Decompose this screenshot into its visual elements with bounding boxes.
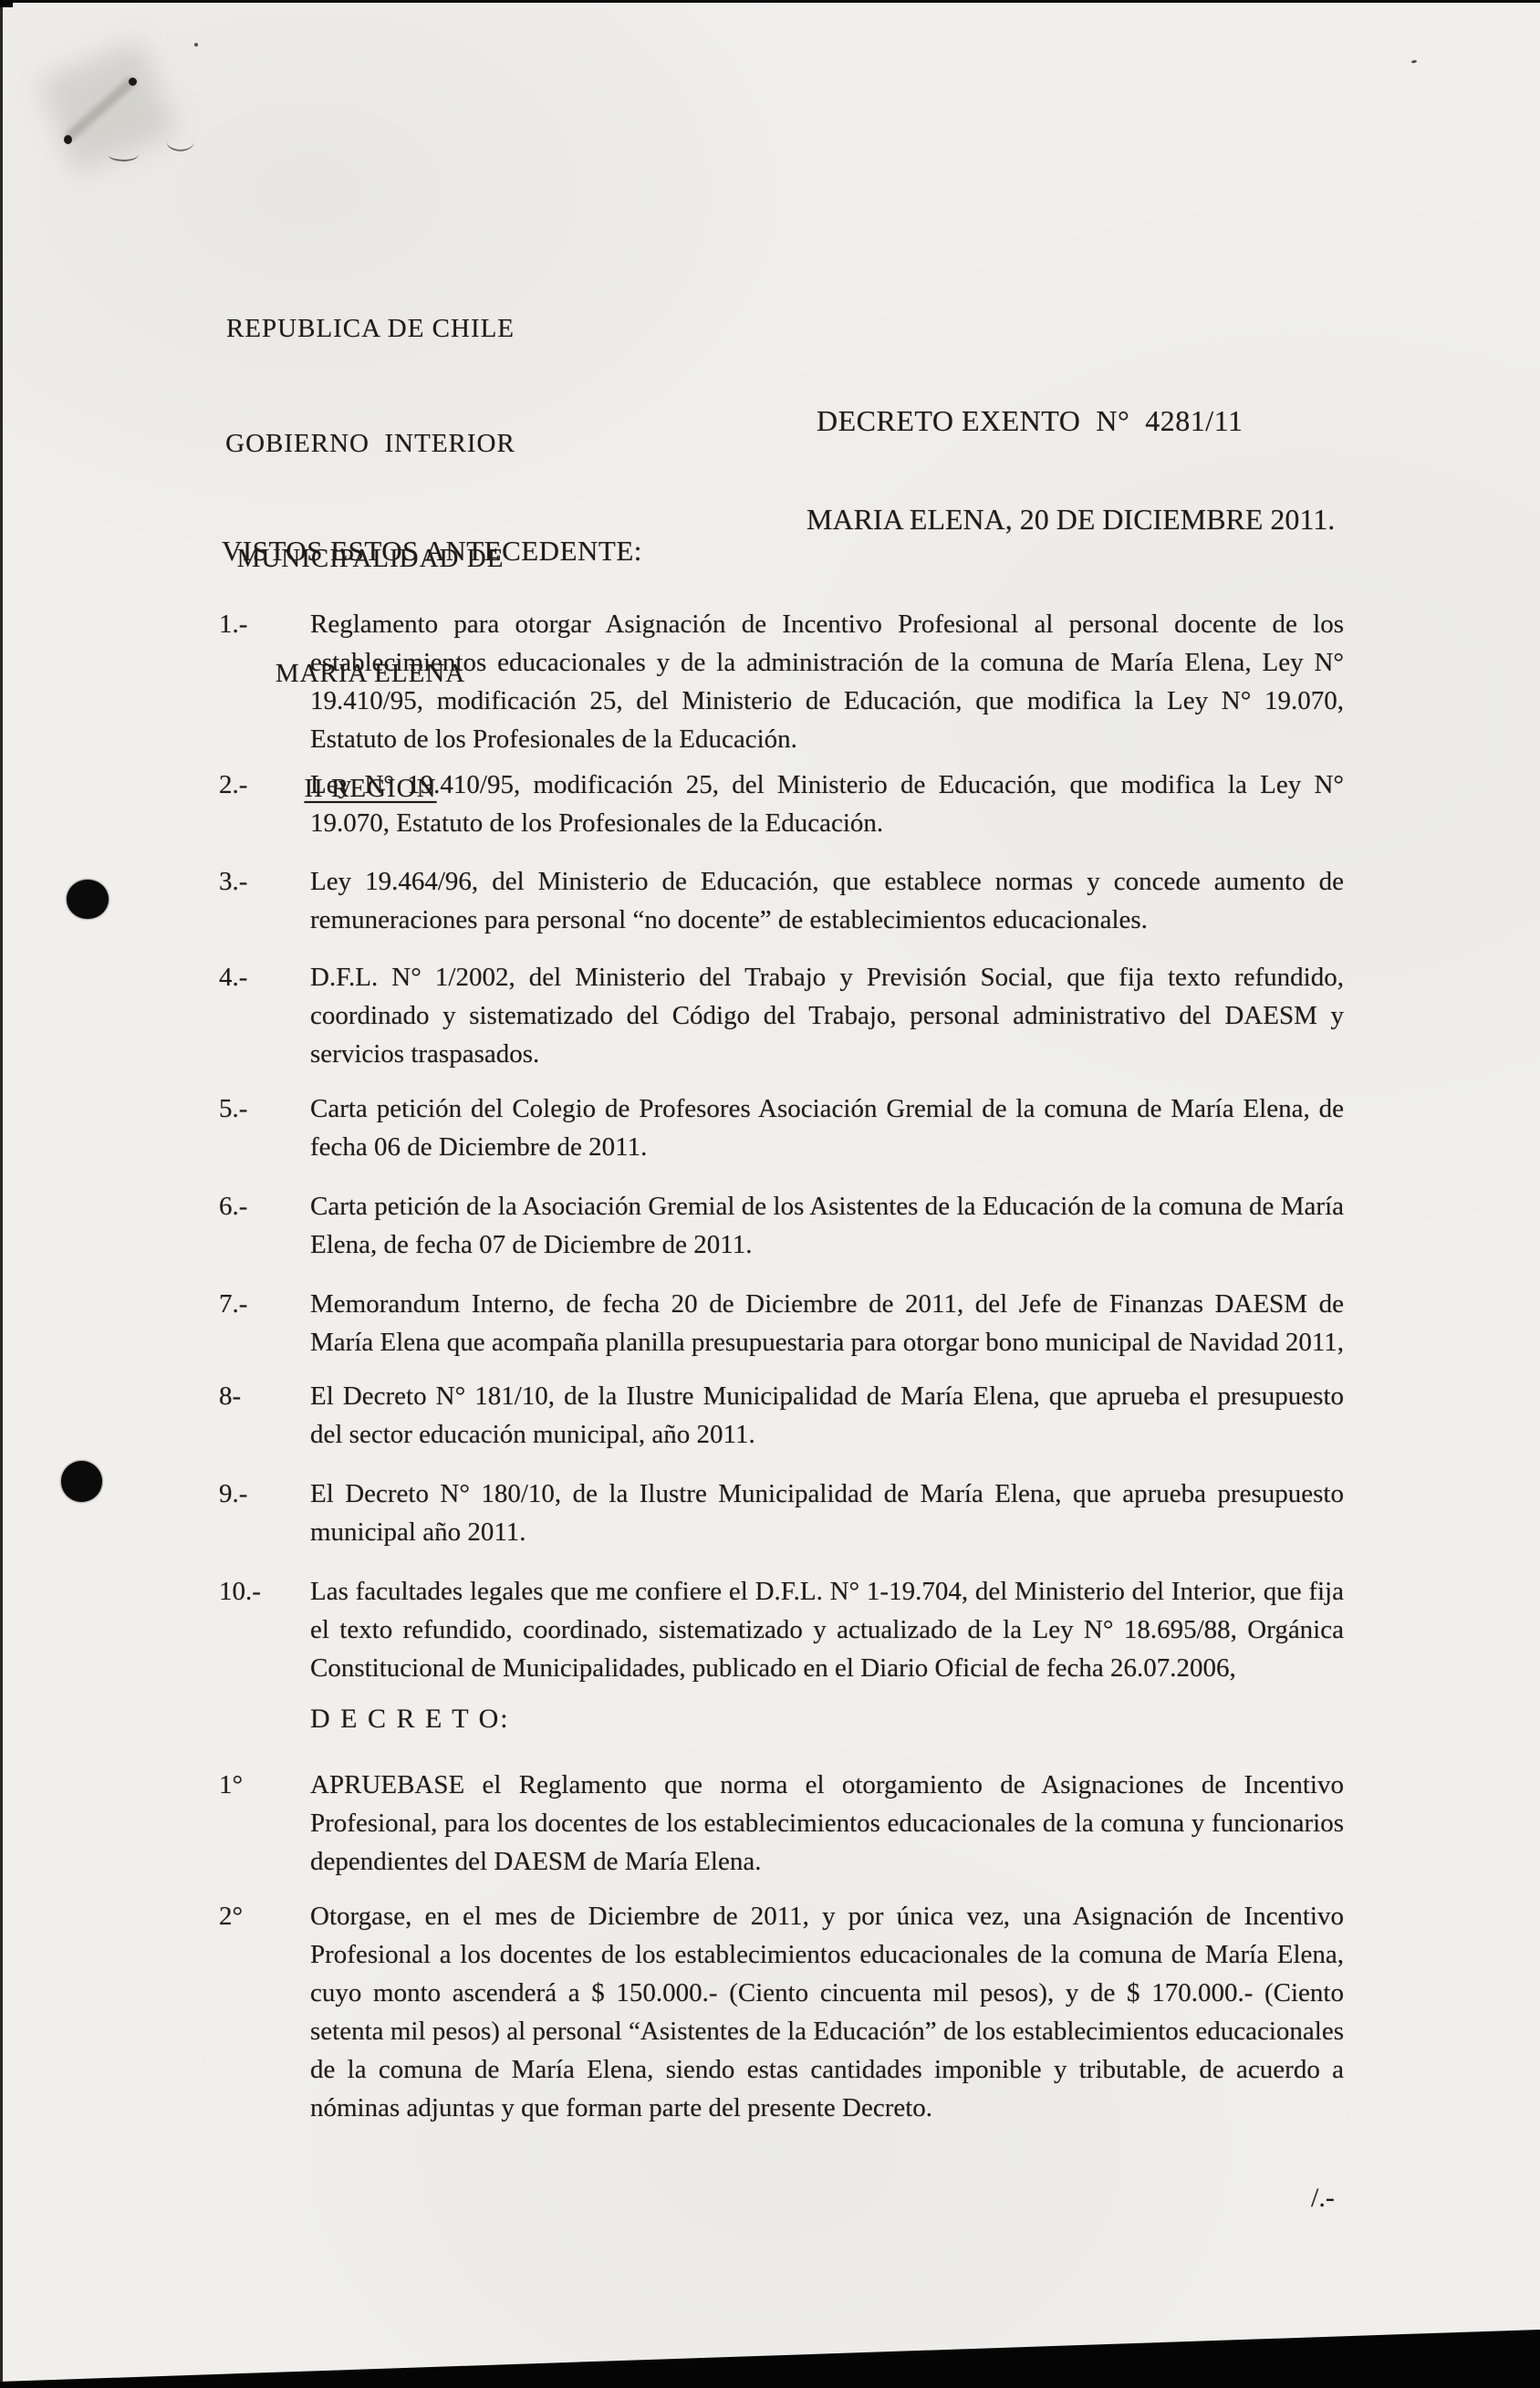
antecedent-item: 10.- Las facultades legales que me confi… (219, 1572, 1344, 1687)
antecedent-item: 6.- Carta petición de la Asociación Grem… (219, 1187, 1344, 1264)
decreto-heading: D E C R E T O: (310, 1700, 1344, 1738)
vistos-heading: VISTOS ESTOS ANTECEDENTE: (222, 535, 642, 568)
antecedent-item: 4.- D.F.L. N° 1/2002, del Ministerio del… (219, 958, 1344, 1073)
scan-edge-left (0, 0, 3, 2388)
antecedent-item: 3.- Ley 19.464/96, del Ministerio de Edu… (219, 862, 1344, 939)
antecedent-item: 7.- Memorandum Interno, de fecha 20 de D… (219, 1285, 1344, 1361)
antecedent-number: 8- (219, 1377, 310, 1454)
antecedent-text: Reglamento para otorgar Asignación de In… (310, 605, 1344, 758)
antecedent-text: Carta petición de la Asociación Gremial … (310, 1187, 1344, 1264)
resolution-text: Otorgase, en el mes de Diciembre de 2011… (310, 1897, 1344, 2127)
antecedent-text: El Decreto N° 180/10, de la Ilustre Muni… (310, 1475, 1344, 1551)
antecedent-number: 2.- (219, 766, 310, 842)
antecedent-text: Ley N° 19.410/95, modificación 25, del M… (310, 766, 1344, 842)
pencil-squiggle-mark (109, 151, 140, 162)
antecedent-item: 5.- Carta petición del Colegio de Profes… (219, 1090, 1344, 1166)
antecedent-number: 5.- (219, 1090, 310, 1166)
scan-edge-bottom (0, 2322, 1540, 2388)
antecedent-number: 9.- (219, 1475, 310, 1551)
resolution-number: 2° (219, 1897, 310, 2127)
resolution-item: 2° Otorgase, en el mes de Diciembre de 2… (219, 1897, 1344, 2127)
pencil-squiggle-mark (166, 135, 195, 153)
antecedent-text: Carta petición del Colegio de Profesores… (310, 1090, 1344, 1166)
pencil-dot-mark (129, 78, 137, 86)
resolution-text: APRUEBASE el Reglamento que norma el oto… (310, 1766, 1344, 1881)
scanned-decree-page: REPUBLICA DE CHILE GOBIERNO INTERIOR MUN… (0, 0, 1540, 2388)
letterhead-line: REPUBLICA DE CHILE (188, 309, 553, 348)
antecedent-text: Ley 19.464/96, del Ministerio de Educaci… (310, 862, 1344, 939)
scan-speck (194, 43, 198, 47)
antecedent-number: 1.- (219, 605, 310, 758)
antecedent-number: 7.- (219, 1285, 310, 1361)
hole-punch-mark (67, 880, 109, 919)
letterhead-line: GOBIERNO INTERIOR (188, 424, 553, 463)
pencil-dot-mark (64, 135, 72, 144)
antecedent-number: 6.- (219, 1187, 310, 1264)
decree-number-title: DECRETO EXENTO N° 4281/11 (817, 404, 1243, 438)
place-and-date-line: MARIA ELENA, 20 DE DICIEMBRE 2011. (806, 503, 1335, 537)
antecedent-text: El Decreto N° 181/10, de la Ilustre Muni… (310, 1377, 1344, 1454)
antecedent-item: 9.- El Decreto N° 180/10, de la Ilustre … (219, 1475, 1344, 1551)
antecedent-text: Memorandum Interno, de fecha 20 de Dicie… (310, 1285, 1344, 1361)
antecedent-text: Las facultades legales que me confiere e… (310, 1572, 1344, 1687)
hole-punch-mark (61, 1461, 102, 1502)
decree-body: 1.- Reglamento para otorgar Asignación d… (219, 605, 1344, 2127)
resolution-number: 1° (219, 1766, 310, 1881)
antecedent-number: 10.- (219, 1572, 310, 1687)
antecedent-item: 8- El Decreto N° 181/10, de la Ilustre M… (219, 1377, 1344, 1454)
page-end-mark: /.- (1311, 2183, 1335, 2214)
antecedent-number: 4.- (219, 958, 310, 1073)
resolution-item: 1° APRUEBASE el Reglamento que norma el … (219, 1766, 1344, 1881)
antecedent-text: D.F.L. N° 1/2002, del Ministerio del Tra… (310, 958, 1344, 1073)
antecedent-number: 3.- (219, 862, 310, 939)
antecedent-item: 2.- Ley N° 19.410/95, modificación 25, d… (219, 766, 1344, 842)
antecedent-item: 1.- Reglamento para otorgar Asignación d… (219, 605, 1344, 758)
scan-speck (1411, 59, 1417, 63)
scan-edge-top (0, 0, 1540, 3)
